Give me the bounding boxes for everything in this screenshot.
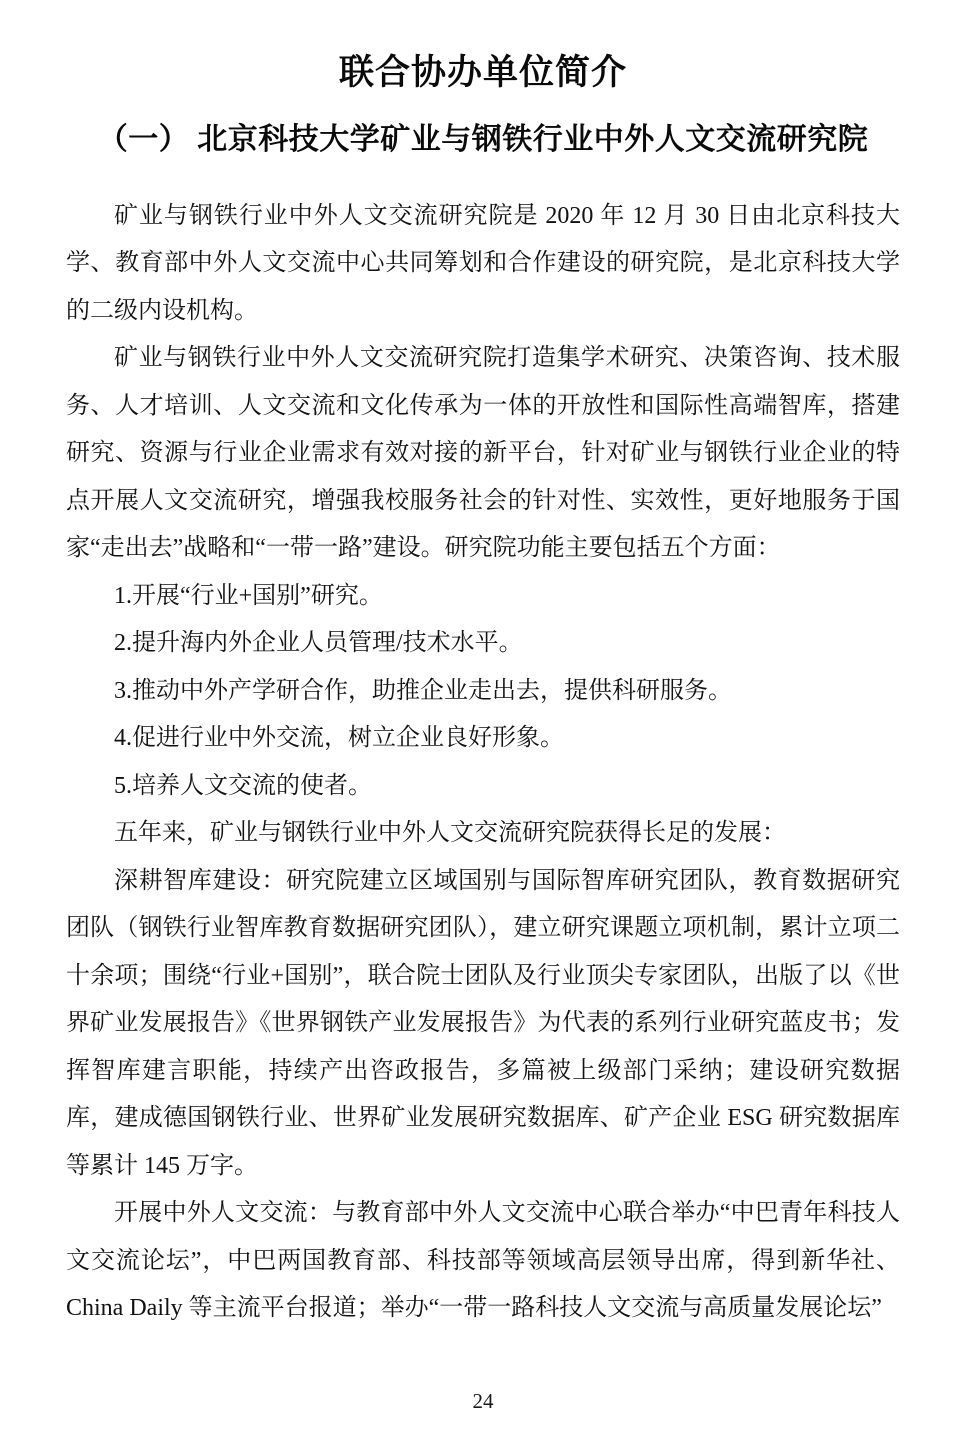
list-item-5: 5.培养人文交流的使者。 bbox=[66, 763, 900, 811]
list-item-2: 2.提升海内外企业人员管理/技术水平。 bbox=[66, 620, 900, 668]
section-heading: （一） 北京科技大学矿业与钢铁行业中外人文交流研究院 bbox=[66, 123, 900, 156]
paragraph-thinktank: 深耕智库建设：研究院建立区域国别与国际智库研究团队，教育数据研究团队（钢铁行业智… bbox=[66, 858, 900, 1191]
document-page: 联合协办单位简介 （一） 北京科技大学矿业与钢铁行业中外人文交流研究院 矿业与钢… bbox=[0, 0, 966, 1438]
paragraph-founding: 矿业与钢铁行业中外人文交流研究院是 2020 年 12 月 30 日由北京科技大… bbox=[66, 193, 900, 336]
page-number: 24 bbox=[0, 1391, 966, 1412]
list-item-1: 1.开展“行业+国别”研究。 bbox=[66, 573, 900, 621]
page-title: 联合协办单位简介 bbox=[66, 54, 900, 93]
list-item-4: 4.促进行业中外交流，树立企业良好形象。 bbox=[66, 715, 900, 763]
list-item-3: 3.推动中外产学研合作，助推企业走出去，提供科研服务。 bbox=[66, 668, 900, 716]
paragraph-exchange: 开展中外人文交流：与教育部中外人文交流中心联合举办“中巴青年科技人文交流论坛”，… bbox=[66, 1190, 900, 1333]
document-body: 矿业与钢铁行业中外人文交流研究院是 2020 年 12 月 30 日由北京科技大… bbox=[66, 193, 900, 1333]
paragraph-functions-intro: 矿业与钢铁行业中外人文交流研究院打造集学术研究、决策咨询、技术服务、人才培训、人… bbox=[66, 335, 900, 573]
paragraph-five-years: 五年来，矿业与钢铁行业中外人文交流研究院获得长足的发展： bbox=[66, 810, 900, 858]
